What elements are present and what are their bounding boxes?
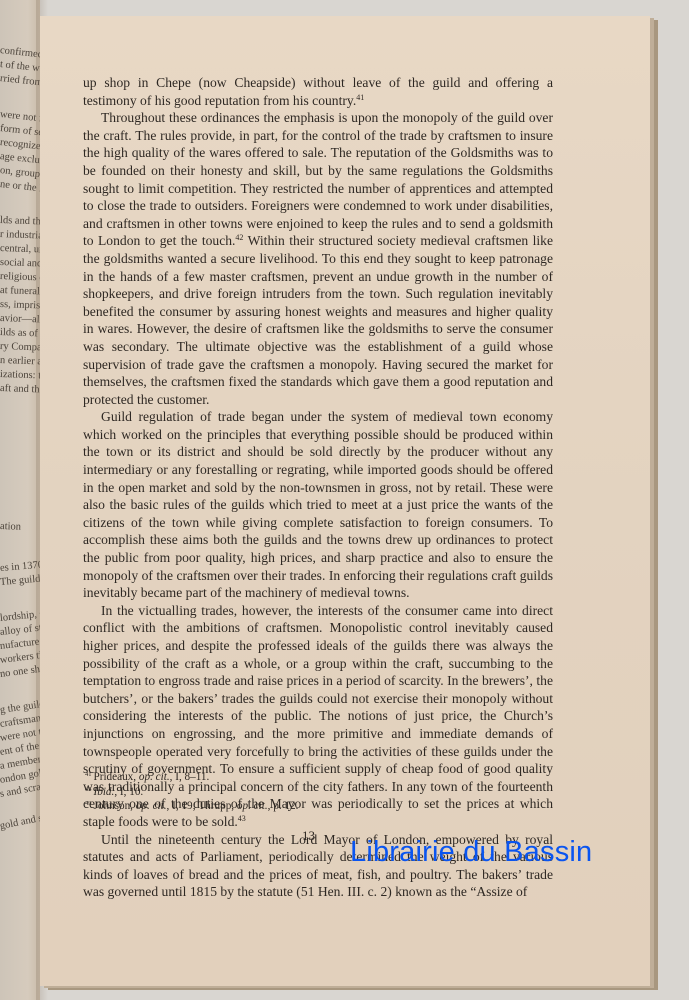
- left-page-text-fragment: at funerals of: [0, 284, 40, 299]
- left-page-text-fragment: r industrial su: [0, 228, 40, 243]
- paragraph-2: Throughout these ordinances the emphasis…: [83, 109, 553, 408]
- footnote-citation: op. cit.: [139, 771, 170, 783]
- left-page-text-fragment: ilds as of th: [0, 326, 40, 341]
- footnote-42: 43Ibid., I, 10.: [85, 785, 485, 800]
- footnote-ref-detail: , I, 8–11.: [170, 771, 210, 783]
- left-page-text-fragment: ne or the King: [0, 178, 40, 198]
- footnote-citation: op. cit.: [237, 800, 268, 812]
- footnote-author: Johnson,: [94, 800, 136, 812]
- left-page-text-fragment: n earlier and: [0, 354, 40, 369]
- left-page-text-fragment: ation: [0, 520, 40, 535]
- left-page-text-fragment: central, unify: [0, 242, 40, 257]
- paragraph-text: Within their structured society medieval…: [83, 233, 553, 406]
- footnote-number: 41: [85, 771, 92, 778]
- left-page-text-fragment: lds and the c: [0, 214, 40, 229]
- footnote-number: 43: [85, 800, 92, 807]
- footnote-ref-detail: , I, 19; Thrupp,: [167, 800, 237, 812]
- footnote-ref-41[interactable]: 41: [356, 93, 364, 102]
- left-page-text-fragment: izations: the: [0, 368, 40, 383]
- footnote-author: Prideaux,: [94, 771, 139, 783]
- left-page-text-fragment: avior—all th: [0, 312, 40, 327]
- footnote-43: 43Johnson, op. cit., I, 19; Thrupp, op. …: [85, 799, 485, 814]
- paragraph-text: up shop in Chepe (now Cheapside) without…: [83, 75, 553, 108]
- footnote-number: 43: [85, 786, 92, 793]
- facing-left-page: confirmed beft of the wardrried from cou…: [0, 0, 40, 1000]
- left-page-text-fragment: aft and the fa: [0, 382, 40, 397]
- left-page-text-fragment: religious obser: [0, 270, 40, 285]
- footnotes: 41Prideaux, op. cit., I, 8–11. 43Ibid., …: [85, 770, 485, 814]
- footnote-41: 41Prideaux, op. cit., I, 8–11.: [85, 770, 485, 785]
- paragraph-3: Guild regulation of trade began under th…: [83, 408, 553, 602]
- footnote-ref-detail: , p. 12.: [268, 800, 299, 812]
- left-page-text-fragment: ry Companies: [0, 340, 40, 355]
- footnote-ref-detail: , I, 10.: [114, 786, 143, 798]
- watermark-text: Librairie du Bassin: [350, 836, 592, 869]
- paragraph-text: Throughout these ordinances the emphasis…: [83, 110, 553, 248]
- page-number: 13: [302, 828, 315, 844]
- footnote-citation: Ibid.: [94, 786, 115, 798]
- left-page-text-fragment: rried from cou: [0, 72, 40, 92]
- left-page-text-fragment: gold and silver are: [0, 807, 40, 833]
- footnote-citation: op. cit.: [136, 800, 167, 812]
- footnote-ref-43[interactable]: 43: [238, 814, 246, 823]
- page-stack-edge: [650, 20, 658, 980]
- left-page-text-fragment: social and relig: [0, 256, 40, 271]
- paragraph-1: up shop in Chepe (now Cheapside) without…: [83, 74, 553, 109]
- left-page-text-fragment: ss, imprisonm: [0, 298, 40, 313]
- paragraph-text: Guild regulation of trade began under th…: [83, 409, 553, 600]
